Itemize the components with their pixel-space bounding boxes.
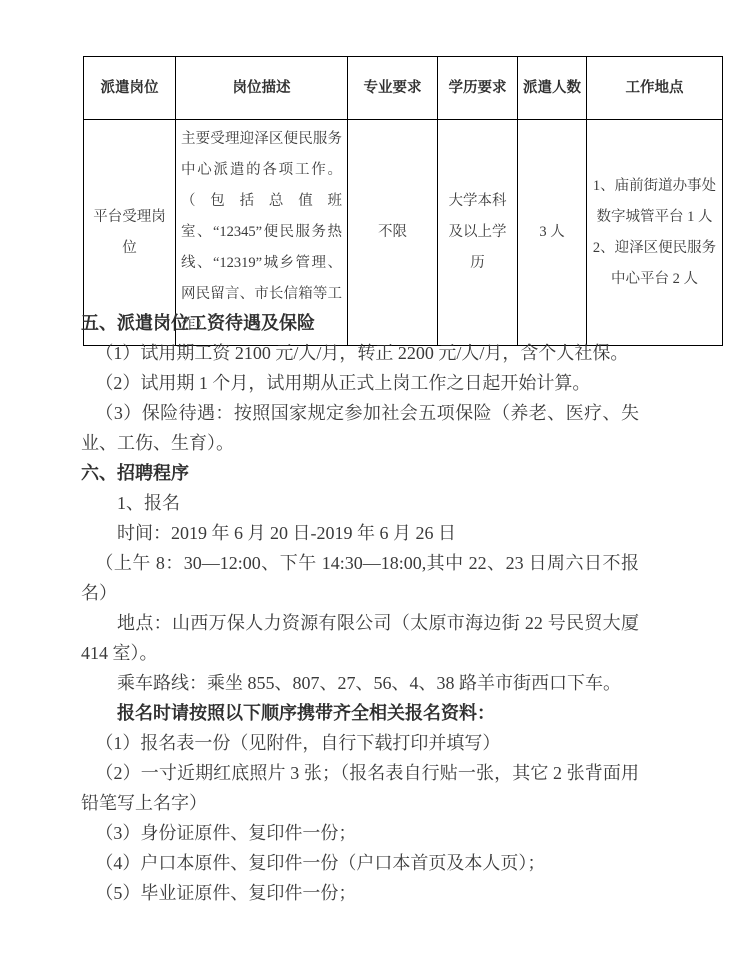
header-dispatch-position: 派遣岗位 (84, 57, 176, 120)
para-signup-time: 时间：2019 年 6 月 20 日-2019 年 6 月 26 日 (81, 518, 639, 548)
para-material-4: （4）户口本原件、复印件一份（户口本首页及本人页）； (81, 848, 639, 878)
positions-table: 派遣岗位 岗位描述 专业要求 学历要求 派遣人数 工作地点 平台受理岗位 主要受… (83, 56, 723, 346)
document-page: 派遣岗位 岗位描述 专业要求 学历要求 派遣人数 工作地点 平台受理岗位 主要受… (0, 0, 732, 971)
header-education-requirement: 学历要求 (438, 57, 518, 120)
section-6-heading: 六、招聘程序 (81, 458, 639, 488)
para-insurance: （3）保险待遇：按照国家规定参加社会五项保险（养老、医疗、失业、工伤、生育）。 (81, 398, 639, 458)
para-material-3: （3）身份证原件、复印件一份； (81, 818, 639, 848)
work-location-line: 1、庙前街道办事处数字城管平台 1 人 (591, 171, 718, 233)
table-header-row: 派遣岗位 岗位描述 专业要求 学历要求 派遣人数 工作地点 (84, 57, 723, 120)
para-salary: （1）试用期工资 2100 元/人/月，转正 2200 元/人/月，含个人社保。 (81, 338, 639, 368)
para-material-5: （5）毕业证原件、复印件一份； (81, 878, 639, 908)
para-signup: 1、报名 (81, 488, 639, 518)
para-materials-heading: 报名时请按照以下顺序携带齐全相关报名资料： (81, 698, 639, 728)
work-location-line: 2、迎泽区便民服务中心平台 2 人 (591, 233, 718, 295)
para-material-1: （1）报名表一份（见附件，自行下载打印并填写） (81, 728, 639, 758)
header-headcount: 派遣人数 (518, 57, 587, 120)
section-5-heading: 五、派遣岗位工资待遇及保险 (81, 308, 639, 338)
para-material-2: （2）一寸近期红底照片 3 张；（报名表自行贴一张，其它 2 张背面用铅笔写上名… (81, 758, 639, 818)
para-signup-address: 地点：山西万保人力资源有限公司（太原市海边街 22 号民贸大厦 414 室）。 (81, 608, 639, 668)
para-signup-time-note: （上午 8：30—12:00、下午 14:30—18:00,其中 22、23 日… (81, 548, 639, 608)
header-job-description: 岗位描述 (176, 57, 348, 120)
positions-table-wrap: 派遣岗位 岗位描述 专业要求 学历要求 派遣人数 工作地点 平台受理岗位 主要受… (83, 56, 723, 346)
document-text-body: 五、派遣岗位工资待遇及保险 （1）试用期工资 2100 元/人/月，转正 220… (81, 308, 639, 908)
para-probation: （2）试用期 1 个月，试用期从正式上岗工作之日起开始计算。 (81, 368, 639, 398)
para-bus-route: 乘车路线：乘坐 855、807、27、56、4、38 路羊市街西口下车。 (81, 668, 639, 698)
header-major-requirement: 专业要求 (348, 57, 438, 120)
header-work-location: 工作地点 (587, 57, 723, 120)
